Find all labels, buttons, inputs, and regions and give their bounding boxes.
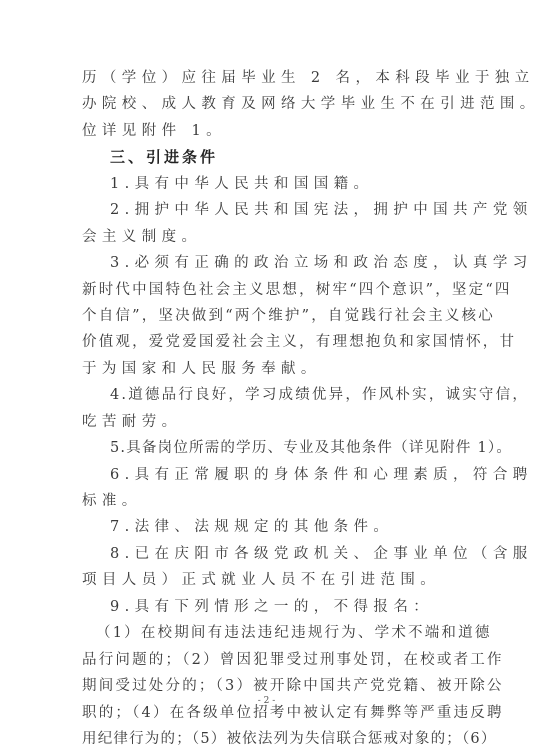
document-page: 历（学位）应往届毕业生 2 名，本科段毕业于独立院校、民 办院校、成人教育及网络… (82, 65, 453, 752)
text-line: 个自信”，坚决做到“两个维护”，自觉践行社会主义核心 (82, 303, 453, 329)
text-line: 用纪律行为的；（5）被依法列为失信联合惩戒对象的；（6） (82, 726, 453, 752)
section-heading: 三、引进条件 (82, 144, 453, 170)
list-item: 5.具备岗位所需的学历、专业及其他条件（详见附件 1）。 (82, 435, 453, 461)
text-line: 历（学位）应往届毕业生 2 名，本科段毕业于独立院校、民 (82, 65, 453, 91)
text-line: 项目人员）正式就业人员不在引进范围。 (82, 567, 453, 593)
list-item: 8.已在庆阳市各级党政机关、企事业单位（含服务期内 (82, 541, 453, 567)
sub-item: （1）在校期间有违法违纪违规行为、学术不端和道德 (82, 620, 453, 646)
list-item: 1.具有中华人民共和国国籍。 (82, 171, 453, 197)
text-line: 品行问题的；（2）曾因犯罪受过刑事处罚，在校或者工作 (82, 647, 453, 673)
text-line: 吃苦耐劳。 (82, 409, 453, 435)
text-line: 位详见附件 1。 (82, 118, 453, 144)
text-line: 价值观，爱党爱国爱社会主义，有理想抱负和家国情怀，甘 (82, 329, 453, 355)
text-line: 办院校、成人教育及网络大学毕业生不在引进范围。具体岗 (82, 91, 453, 117)
text-line: 于为国家和人民服务奉献。 (82, 356, 453, 382)
list-item: 6.具有正常履职的身体条件和心理素质，符合聘用体检 (82, 462, 453, 488)
text-line: 标准。 (82, 488, 453, 514)
list-item: 4.道德品行良好，学习成绩优异，作风朴实，诚实守信， (82, 382, 453, 408)
list-item: 9.具有下列情形之一的，不得报名： (82, 594, 453, 620)
list-item: 7.法律、法规规定的其他条件。 (82, 514, 453, 540)
text-line: 新时代中国特色社会主义思想，树牢“四个意识”，坚定“四 (82, 277, 453, 303)
page-number: - 2 - (0, 696, 533, 706)
list-item: 2.拥护中华人民共和国宪法，拥护中国共产党领导和社 (82, 197, 453, 223)
list-item: 3.必须有正确的政治立场和政治态度，认真学习习近平 (82, 250, 453, 276)
text-line: 会主义制度。 (82, 224, 453, 250)
